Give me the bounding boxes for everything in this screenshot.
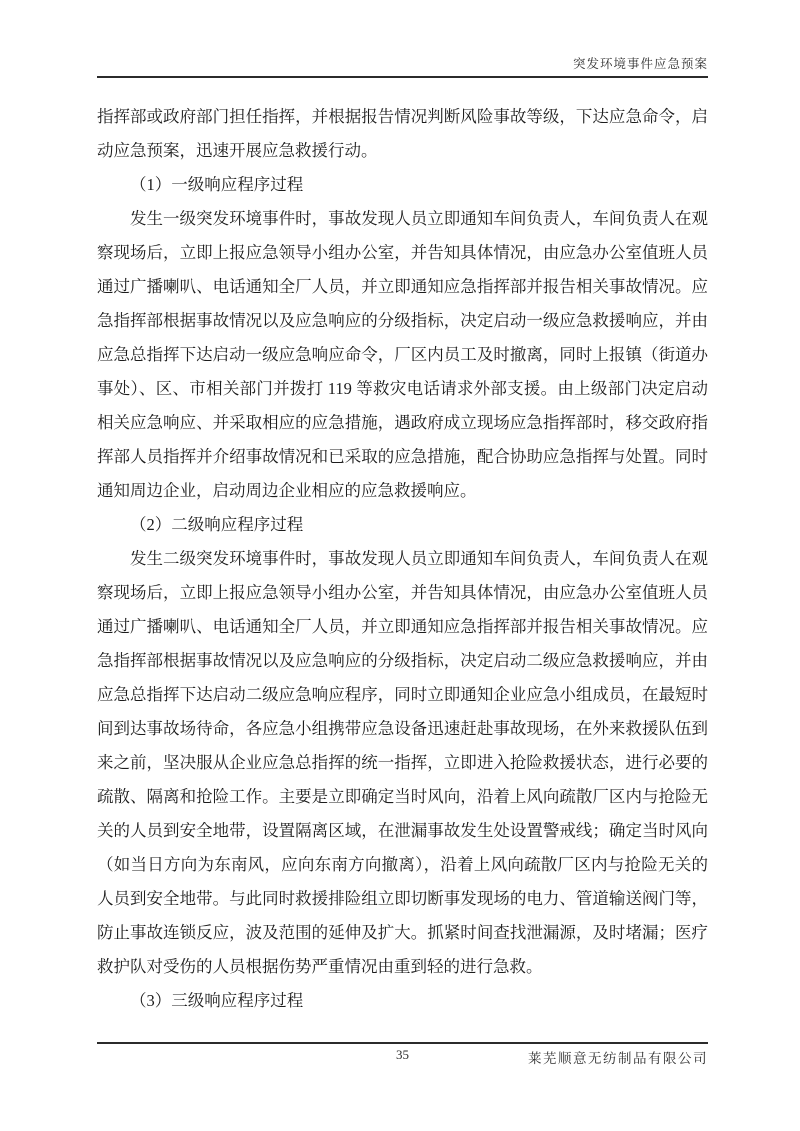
page-footer: 35 莱芜顺意无纺制品有限公司 (97, 1042, 708, 1069)
header-title: 突发环境事件应急预案 (97, 0, 708, 72)
footer-row: 35 莱芜顺意无纺制品有限公司 (97, 1044, 708, 1069)
document-body: 指挥部或政府部门担任指挥，并根据报告情况判断风险事故等级，下达应急命令，启动应急… (97, 100, 708, 1018)
heading-level-1-response: （1）一级响应程序过程 (97, 168, 708, 202)
footer-company-name: 莱芜顺意无纺制品有限公司 (528, 1047, 708, 1067)
heading-level-3-response: （3）三级响应程序过程 (97, 984, 708, 1018)
document-page: 突发环境事件应急预案 指挥部或政府部门担任指挥，并根据报告情况判断风险事故等级，… (0, 0, 800, 1131)
page-header: 突发环境事件应急预案 (97, 0, 708, 78)
paragraph-level-2-response: 发生二级突发环境事件时，事故发现人员立即通知车间负责人，车间负责人在观察现场后，… (97, 542, 708, 984)
paragraph-continuation: 指挥部或政府部门担任指挥，并根据报告情况判断风险事故等级，下达应急命令，启动应急… (97, 100, 708, 168)
header-rule (97, 76, 708, 78)
paragraph-level-1-response: 发生一级突发环境事件时，事故发现人员立即通知车间负责人，车间负责人在观察现场后，… (97, 202, 708, 508)
heading-level-2-response: （2）二级响应程序过程 (97, 508, 708, 542)
